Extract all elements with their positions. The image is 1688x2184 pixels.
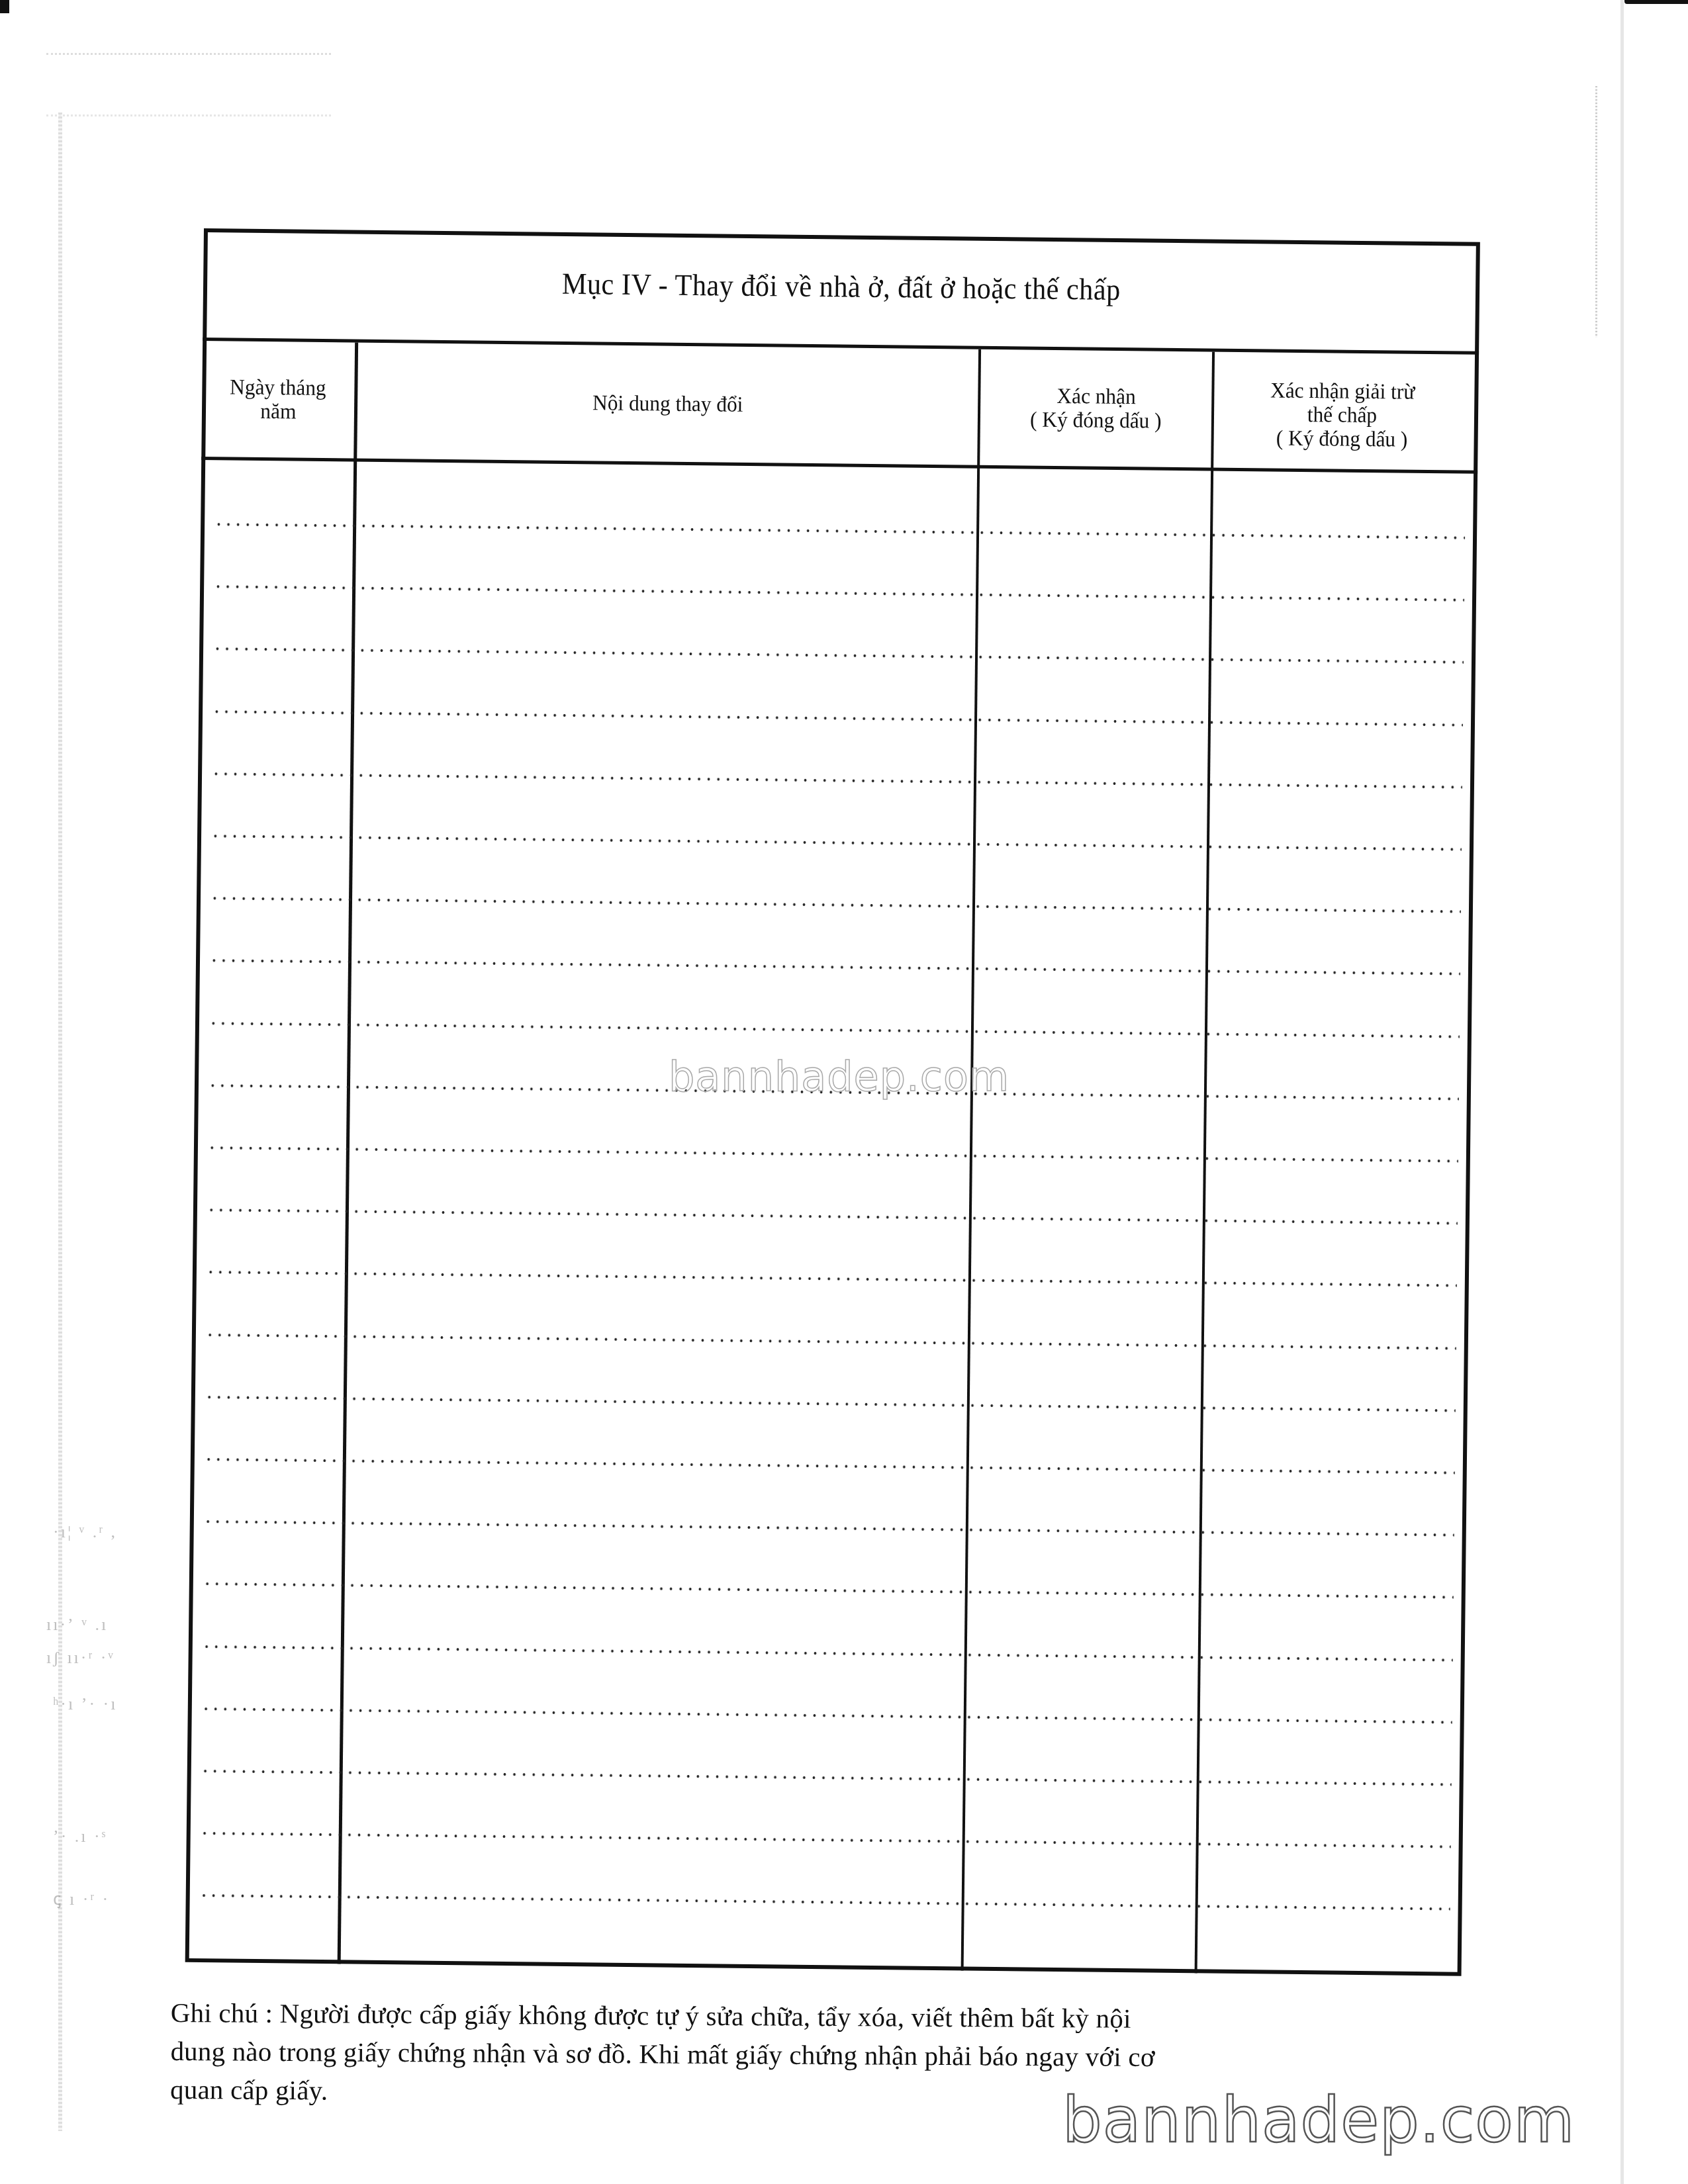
- bleed-through-smudge: ıʃ ıı·ʳ ·ᵛ: [46, 1648, 115, 1668]
- dotted-entry-line: [201, 1707, 1452, 1723]
- dotted-entry-line: [207, 1208, 1458, 1224]
- scan-artifact-corner: [1624, 0, 1688, 4]
- dotted-entry-line: [214, 523, 1465, 539]
- scan-artifact-edge: [1620, 0, 1624, 2184]
- dotted-entry-line: [211, 772, 1462, 788]
- dotted-entry-line: [205, 1334, 1456, 1349]
- dotted-entry-line: [200, 1832, 1451, 1848]
- change-log-form: Mục IV - Thay đổi về nhà ở, đất ở hoặc t…: [185, 228, 1480, 1976]
- dotted-entry-line: [203, 1582, 1454, 1598]
- header-confirmation: Xác nhận ( Ký đóng dấu ): [980, 349, 1212, 468]
- scan-artifact-corner: [0, 0, 9, 13]
- section-title: Mục IV - Thay đổi về nhà ở, đất ở hoặc t…: [562, 266, 1121, 307]
- dotted-entry-line: [201, 1770, 1452, 1786]
- dotted-entry-line: [207, 1146, 1458, 1162]
- dotted-entry-line: [212, 648, 1464, 664]
- section-title-row: Mục IV - Thay đổi về nhà ở, đất ở hoặc t…: [203, 228, 1480, 355]
- bleed-through-smudge: ꞔ ı ·ʳ ·: [53, 1886, 110, 1910]
- dotted-entry-line: [206, 1271, 1457, 1287]
- scan-artifact-edge: [1595, 86, 1597, 338]
- dotted-entry-line: [202, 1645, 1453, 1661]
- dotted-entry-line: [210, 897, 1461, 913]
- watermark-bottom: bannhadep.com: [1062, 2085, 1575, 2157]
- dotted-entry-line: [211, 835, 1462, 850]
- bleed-through-smudge: ʰ·ı ʼ· ·ı: [53, 1694, 117, 1714]
- dotted-entry-line: [199, 1894, 1450, 1910]
- scan-artifact-bleed: [46, 53, 331, 116]
- dotted-entry-line: [209, 1022, 1460, 1038]
- table-header-row: Ngày tháng năm Nội dung thay đổi Xác nhậ…: [201, 341, 1479, 474]
- header-date: Ngày tháng năm: [201, 341, 355, 458]
- watermark-center: bannhadep.com: [669, 1052, 1009, 1101]
- header-mortgage-release: Xác nhận giải trừ thế chấp ( Ký đóng dấu…: [1213, 352, 1471, 475]
- footnote-line: dung nào trong giấy chứng nhận và sơ đồ.…: [170, 2032, 1487, 2078]
- dotted-entry-line: [203, 1520, 1454, 1536]
- dotted-entry-line: [212, 710, 1463, 726]
- header-change-content: Nội dung thay đổi: [357, 343, 978, 465]
- dotted-entry-line: [205, 1396, 1456, 1412]
- bleed-through-smudge: ·ı¦ ᵛ .ʳ ,: [53, 1522, 117, 1542]
- bleed-through-smudge: ıı·ʼ ᵛ .ı: [46, 1615, 108, 1635]
- dotted-entry-line: [204, 1458, 1455, 1474]
- dotted-entry-line: [209, 960, 1460, 976]
- bleed-through-smudge: ʼ· .ı ·ˢ: [53, 1827, 107, 1846]
- dotted-entry-line: [213, 585, 1464, 601]
- table-body: [185, 460, 1477, 1976]
